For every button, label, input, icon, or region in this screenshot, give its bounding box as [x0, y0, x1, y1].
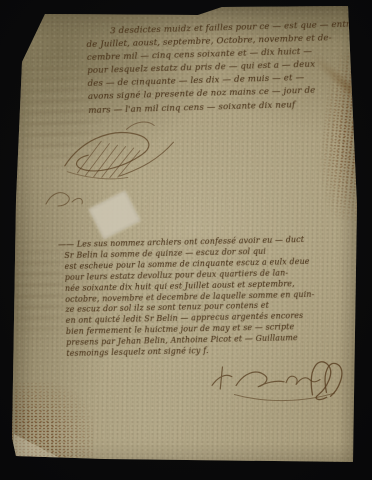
- small-scribble-left: [42, 184, 86, 210]
- repair-patch: [89, 191, 141, 240]
- notary-signature-bottom: [205, 353, 353, 408]
- text-block-lower: —— Les sus nommez archiers ont confessé …: [64, 234, 362, 360]
- flourished-signature-middle: [54, 114, 184, 191]
- photograph-background: 3 desdictes muidz et failles pour ce — e…: [0, 0, 372, 480]
- parchment-document: 3 desdictes muidz et failles pour ce — e…: [0, 0, 372, 480]
- verso-showthrough-lower: [7, 239, 73, 340]
- folded-corner-bottom-left: [10, 430, 62, 460]
- text-block-upper: 3 desdictes muidz et failles pour ce — e…: [86, 19, 354, 118]
